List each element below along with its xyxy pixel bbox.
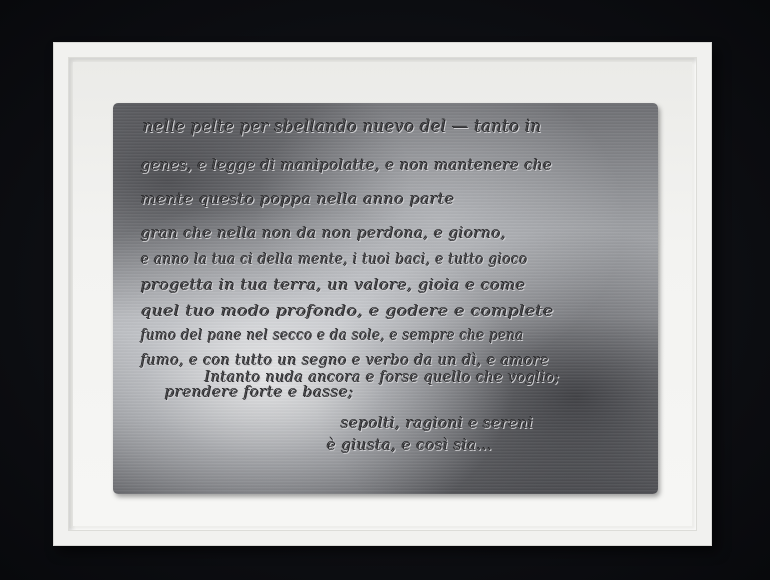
inscription-line: e anno la tua ci della mente, i tuoi bac…	[141, 250, 528, 268]
inscription-line: fumo del pane nel secco e da sole, e sem…	[141, 326, 524, 344]
inscription-line: mente questo poppa nella anno parte	[141, 190, 455, 208]
inscription-line: gran che nella non da non perdona, e gio…	[141, 224, 506, 242]
inscription-line: genes, e legge di manipolatte, e non man…	[141, 156, 552, 174]
inscription-line: è giusta, e così sia...	[327, 436, 493, 454]
inscription-line: fumo, e con tutto un segno e verbo da un…	[141, 351, 549, 369]
inscription-line: prendere forte e basse;	[165, 383, 354, 401]
metal-plate: nelle pelte per sbellando nuevo del — ta…	[113, 103, 658, 494]
inscription-line: progetta in tua terra, un valore, gioia …	[141, 276, 526, 294]
inscription-line: quel tuo modo profondo, e godere e compl…	[141, 302, 554, 320]
inscription-line: sepolti, ragioni e sereni	[341, 414, 533, 432]
inscription-line: Intanto nuda ancora e forse quello che v…	[205, 368, 560, 386]
inscription-line: nelle pelte per sbellando nuevo del — ta…	[143, 117, 542, 137]
